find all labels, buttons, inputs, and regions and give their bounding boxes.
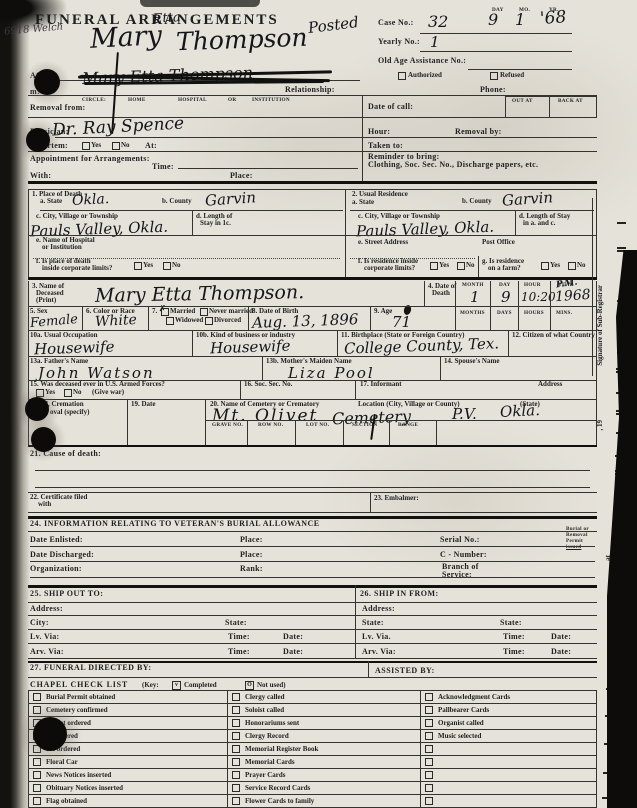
form-rule (28, 585, 597, 588)
s1-state-label: a. State (40, 198, 62, 206)
s1-limits-no-checkbox[interactable] (163, 262, 171, 270)
s24-header: 24. INFORMATION RELATING TO VETERAN'S BU… (30, 520, 320, 529)
checklist-row: Pallbearer Cards (425, 703, 593, 716)
days-col-label: DAYS (497, 311, 512, 317)
s26-lv-date-label: Date: (551, 633, 571, 642)
with-label: With: (30, 172, 51, 181)
form-rule (262, 356, 263, 380)
serial-no-label: Serial No.: (440, 536, 480, 545)
relationship-label: Relationship: (285, 86, 335, 95)
form-rule (345, 189, 346, 277)
s22-label2: with (38, 501, 51, 509)
back-at-label: BACK AT (558, 99, 583, 105)
form-rule (345, 235, 597, 236)
grave-no-label: GRAVE NO. (212, 423, 243, 429)
s7-never-married-checkbox[interactable] (200, 308, 208, 316)
form-rule (355, 380, 356, 399)
s4-label2: Death (432, 290, 450, 298)
form-rule (490, 281, 491, 330)
form-rule (515, 211, 516, 235)
s1-hospital-label2: or Institution (42, 244, 82, 252)
checklist-item-label: Burial Permit obtained (46, 693, 115, 701)
handwriting-posted: Posted (307, 13, 360, 37)
s4-hour-label: HOUR (524, 283, 541, 289)
form-rule (28, 703, 597, 704)
form-rule (28, 306, 597, 307)
checklist-row (425, 755, 593, 768)
s2-farm-no-label: No (577, 262, 586, 270)
checklist-row: Obituary Notices inserted (33, 781, 225, 794)
form-rule (28, 781, 597, 782)
checklist-checkbox[interactable] (425, 797, 433, 805)
s2-farm-no-checkbox[interactable] (568, 262, 576, 270)
checklist-checkbox[interactable] (425, 732, 433, 740)
form-rule (550, 281, 551, 330)
form-rule (28, 643, 597, 644)
checklist-checkbox[interactable] (232, 797, 240, 805)
s3-label3: (Print) (36, 297, 56, 305)
form-rule (248, 306, 249, 330)
checklist-checkbox[interactable] (232, 758, 240, 766)
form-rule (455, 281, 456, 330)
s19-label: 19. Date (131, 401, 156, 409)
s2-street-label: e. Street Address (358, 239, 408, 247)
authorized-checkbox[interactable] (398, 72, 406, 80)
s26-lv-via-label: Lv. Via. (362, 633, 391, 642)
checklist-checkbox[interactable] (232, 732, 240, 740)
checklist-checkbox[interactable] (232, 719, 240, 727)
post-mortem-no-label: No (121, 142, 130, 150)
s26-header: 26. SHIP IN FROM: (360, 590, 439, 599)
form-rule (596, 690, 597, 807)
s4-month-value: 1 (470, 288, 480, 306)
form-rule (28, 658, 597, 659)
s2-farm-yes-checkbox[interactable] (541, 262, 549, 270)
checklist-row: Memorial Register Book (232, 742, 418, 755)
form-rule (505, 96, 506, 117)
yr-value: '68 (539, 7, 567, 29)
discharged-place-label: Place: (240, 551, 263, 560)
c-number-label: C - Number: (440, 551, 487, 560)
form-rule (28, 716, 597, 717)
s25-address-label: Address: (30, 605, 63, 614)
case-no-label: Case No.: (378, 19, 414, 28)
form-rule (178, 168, 358, 169)
checklist-checkbox[interactable] (232, 771, 240, 779)
s25-city-label: City: (30, 619, 49, 628)
form-rule (35, 487, 590, 488)
s3-name-value: Mary Etta Thompson. (95, 281, 304, 307)
checklist-checkbox[interactable] (33, 771, 41, 779)
form-rule (337, 330, 338, 356)
form-rule (33, 258, 340, 259)
form-rule (227, 690, 228, 807)
s7-widowed-label: Widowed (175, 317, 203, 325)
form-rule (55, 137, 597, 138)
sub-registrar-signature-label: Signature of Sub-Registrar (596, 285, 604, 366)
checklist-row: News Notices inserted (33, 768, 225, 781)
checklist-row: Clergy called (232, 690, 418, 703)
day-value: 9 (488, 10, 498, 29)
s1-county-value: Garvin (204, 188, 256, 210)
form-rule (28, 768, 597, 769)
s26-arv-date-label: Date: (551, 648, 571, 657)
handwriting-name-first: Mary (89, 20, 162, 55)
form-rule (28, 677, 597, 678)
binding-mark (617, 222, 626, 224)
form-rule (350, 210, 594, 211)
case-no-value: 32 (428, 12, 448, 31)
oaa-label: Old Age Assistance No.: (378, 57, 466, 66)
form-rule (508, 330, 509, 356)
form-rule (420, 690, 421, 807)
row-no-label: ROW NO. (258, 423, 283, 429)
phone-label: Phone: (480, 86, 506, 95)
s15-no-label: No (73, 389, 82, 397)
form-rule (28, 235, 345, 236)
form-rule (28, 661, 597, 663)
form-rule (596, 281, 597, 445)
checklist-row: Flag obtained (33, 794, 225, 807)
form-rule (28, 690, 597, 691)
handwriting-name-last: Thompson (176, 23, 308, 57)
scan-smudge (140, 0, 260, 7)
s25-lv-date-label: Date: (283, 633, 303, 642)
s2-limits-no-label: No (466, 262, 475, 270)
form-rule (148, 306, 149, 330)
form-rule (596, 96, 597, 117)
form-rule (28, 516, 597, 519)
checklist-item-label: Organist called (438, 719, 484, 727)
s5-value: Female (29, 312, 78, 331)
form-rule (370, 306, 371, 330)
s25-arv-via-label: Arv. Via: (30, 648, 64, 657)
s6-value: White (95, 312, 138, 330)
funeral-arrangements-form: FUNERAL ARRANGEMENTS 6918 Welch Mary Ett… (0, 0, 637, 808)
checklist-row: Clergy Record (232, 729, 418, 742)
s25-state-label: State: (225, 619, 247, 628)
checklist-checkbox[interactable] (232, 693, 240, 701)
refused-label: Refused (500, 72, 524, 80)
s4-day-value: 9 (501, 288, 511, 306)
authorized-label: Authorized (408, 72, 442, 80)
reminder-items: Clothing, Soc. Sec. No., Discharge paper… (368, 161, 538, 170)
form-rule (28, 356, 597, 357)
checklist-item-label: Prayer Cards (245, 771, 286, 779)
form-rule (436, 420, 437, 445)
key-completed-checkbox: v (172, 681, 181, 690)
checklist-checkbox[interactable] (232, 706, 240, 714)
circle-label: CIRCLE: (82, 98, 106, 104)
removal-from-label: Removal from: (30, 104, 86, 113)
checklist-row (425, 768, 593, 781)
s20-state-value: Okla. (500, 401, 541, 421)
checklist-row: Organist called (425, 716, 593, 729)
form-rule (82, 306, 83, 330)
s7-never-married-label: Never married (209, 308, 253, 316)
s2-county-value: Garvin (501, 188, 553, 210)
s1-state-value: Okla. (72, 191, 110, 209)
months-col-label: MONTHS (460, 311, 485, 317)
s1-limits-no-label: No (172, 262, 181, 270)
form-rule (468, 69, 572, 70)
form-rule (205, 420, 596, 421)
form-rule (30, 546, 595, 547)
checklist-checkbox[interactable] (232, 784, 240, 792)
s2-limits-yes-label: Yes (439, 262, 449, 270)
checklist-item-label: Service Record Cards (245, 784, 310, 792)
s26-state-label1: State: (362, 619, 384, 628)
s2-farm-label2: on a farm? (488, 265, 521, 273)
removal-by-label: Removal by: (455, 128, 502, 137)
form-rule (478, 256, 479, 277)
s25-lv-time-label: Time: (228, 633, 250, 642)
checklist-checkbox[interactable] (425, 706, 433, 714)
checklist-item-label: Flower Cards to family (245, 797, 314, 805)
checklist-row: Music selected (425, 729, 593, 742)
checklist-row: Memorial Cards (232, 755, 418, 768)
organization-label: Organization: (30, 565, 82, 574)
form-rule (240, 380, 241, 399)
s26-state-label2: State: (500, 619, 522, 628)
checklist-checkbox[interactable] (425, 771, 433, 779)
checklist-checkbox[interactable] (33, 693, 41, 701)
form-rule (28, 189, 597, 190)
checklist-item-label: Clergy Record (245, 732, 289, 740)
s2-farm-yes-label: Yes (550, 262, 560, 270)
s7-widowed-checkbox[interactable] (166, 317, 174, 325)
checklist-item-label: News Notices inserted (46, 771, 111, 779)
lot-no-label: LOT NO. (306, 423, 329, 429)
form-rule (35, 470, 590, 471)
date-discharged-label: Date Discharged: (30, 551, 94, 560)
hole-punch (33, 717, 67, 751)
checklist-row: Service Record Cards (232, 781, 418, 794)
s10b-value: Housewife (210, 337, 291, 358)
form-rule (28, 512, 597, 513)
form-rule (420, 33, 572, 34)
checklist-row (425, 742, 593, 755)
s26-address-label: Address: (362, 605, 395, 614)
checklist-checkbox[interactable] (425, 745, 433, 753)
s15-no-checkbox[interactable] (64, 389, 72, 397)
place-label: Place: (230, 172, 253, 181)
s1-county-label: b. County (162, 198, 192, 206)
form-rule (549, 96, 550, 117)
s9-value: 71 (392, 313, 411, 331)
s27-header: 27. FUNERAL DIRECTED BY: (30, 664, 152, 673)
range-label: RANGE (398, 423, 418, 429)
post-mortem-yes-checkbox[interactable] (82, 142, 90, 150)
post-mortem-no-checkbox[interactable] (112, 142, 120, 150)
checklist-checkbox[interactable] (425, 758, 433, 766)
yearly-no-value: 1 (430, 33, 440, 51)
checklist-item-label: Memorial Register Book (245, 745, 318, 753)
yearly-no-label: Yearly No.: (378, 38, 420, 47)
s2-state-label: a. State (352, 199, 374, 207)
s1-length-label2: Stay in 1c. (200, 220, 231, 228)
s1-limits-yes-checkbox[interactable] (134, 262, 142, 270)
checklist-item-label: Acknowledgment Cards (438, 693, 510, 701)
form-rule (440, 356, 441, 380)
s7-married-label: Married (170, 308, 195, 316)
institution-label: INSTITUTION (252, 98, 290, 104)
assisted-by-label: ASSISTED BY: (375, 667, 435, 676)
form-rule (192, 330, 193, 356)
form-rule (247, 420, 248, 445)
checklist-item-label: Clergy called (245, 693, 284, 701)
key-not-used-checkbox: O (245, 681, 254, 690)
form-rule (389, 420, 390, 445)
chapel-checklist-header: CHAPEL CHECK LIST (30, 681, 128, 690)
s9-label: 9. Age (374, 308, 392, 316)
s23-label: 23. Embalmer: (374, 495, 419, 503)
key-open-label: (Key: (142, 682, 159, 690)
form-rule (370, 492, 371, 512)
at-label: At: (145, 142, 157, 151)
s26-arv-via-label: Arv. Via: (362, 648, 396, 657)
s7-number: 7. (152, 308, 157, 316)
s2-post-office-label: Post Office (482, 239, 515, 247)
checklist-item-label: Honorariums sent (245, 719, 299, 727)
form-rule (28, 729, 597, 730)
form-rule (596, 189, 597, 277)
form-rule (28, 181, 597, 184)
hole-punch (25, 397, 49, 421)
s25-lv-via-label: Lv. Via: (30, 633, 60, 642)
form-rule (28, 755, 597, 756)
form-rule (30, 561, 595, 562)
checklist-checkbox[interactable] (425, 719, 433, 727)
hour-label: Hour: (368, 128, 390, 137)
refused-checkbox[interactable] (490, 72, 498, 80)
form-rule (28, 794, 597, 795)
s14-label: 14. Spouse's Name (444, 358, 499, 366)
checklist-row: Acknowledgment Cards (425, 690, 593, 703)
s2-county-label: b. County (462, 198, 492, 206)
s26-lv-time-label: Time: (503, 633, 525, 642)
form-rule (592, 198, 593, 376)
rank-label: Rank: (240, 565, 263, 574)
form-rule (28, 629, 597, 630)
key-not-used-label: Not used) (257, 682, 286, 690)
post-mortem-yes-label: Yes (91, 142, 101, 150)
checklist-row: Honorariums sent (232, 716, 418, 729)
form-rule (28, 380, 597, 381)
s8-value: Aug. 13, 1896 (252, 310, 359, 332)
checklist-item-label: Soloist called (245, 706, 284, 714)
form-rule (295, 420, 296, 445)
form-rule (28, 151, 597, 152)
checklist-row (425, 781, 593, 794)
s17-label: 17. Informant (360, 381, 402, 389)
s16-label: 16. Soc. Sec. No. (244, 381, 292, 389)
checklist-checkbox[interactable] (232, 745, 240, 753)
checklist-item-label: Music selected (438, 732, 481, 740)
s7-divorced-checkbox[interactable] (205, 317, 213, 325)
form-rule (28, 330, 597, 331)
form-rule (362, 151, 363, 181)
or-label: OR (228, 98, 236, 104)
s2-limits-label2: corporate limits? (364, 265, 415, 273)
form-rule (355, 585, 356, 658)
enlisted-place-label: Place: (240, 536, 263, 545)
hole-punch (26, 128, 50, 152)
mo-value: 1 (515, 10, 525, 29)
checklist-row: Burial Permit obtained (33, 690, 225, 703)
scan-right-edge (607, 250, 637, 808)
form-rule (28, 615, 597, 616)
checklist-row: Prayer Cards (232, 768, 418, 781)
sub-registrar-year-label: , 19 (596, 420, 604, 431)
s15-give-war-label: (Give war) (92, 389, 124, 397)
form-rule (28, 602, 597, 603)
form-rule (368, 661, 369, 677)
form-rule (343, 420, 344, 445)
checklist-item-label: Flag obtained (46, 797, 87, 805)
s2-length-label2: in a. and c. (523, 220, 555, 228)
form-rule (205, 399, 206, 445)
taken-to-label: Taken to: (368, 142, 403, 151)
form-rule (28, 277, 597, 280)
s26-arv-time-label: Time: (503, 648, 525, 657)
s2-limits-yes-checkbox[interactable] (430, 262, 438, 270)
checklist-checkbox[interactable] (33, 784, 41, 792)
form-rule (420, 51, 572, 52)
checklist-row: Flower Cards to family (232, 794, 418, 807)
checklist-checkbox[interactable] (425, 693, 433, 701)
s1-limits-yes-label: Yes (143, 262, 153, 270)
checklist-item-label: Pallbearer Cards (438, 706, 489, 714)
checklist-column-2: Clergy calledSoloist calledHonorariums s… (232, 690, 418, 807)
form-rule (28, 742, 597, 743)
hours-col-label: HOURS (524, 311, 544, 317)
hole-punch (31, 427, 56, 452)
s12-label: 12. Citizen of what Country (512, 332, 595, 340)
s25-header: 25. SHIP OUT TO: (30, 590, 103, 599)
s25-arv-date-label: Date: (283, 648, 303, 657)
binding-mark (617, 247, 626, 249)
checklist-row: Soloist called (232, 703, 418, 716)
form-rule (362, 96, 363, 151)
handwriting-name-middle: Etta (153, 10, 182, 27)
checklist-checkbox[interactable] (425, 784, 433, 792)
checklist-item-label: Memorial Cards (245, 758, 295, 766)
s7-divorced-label: Divorced (214, 317, 241, 325)
out-at-label: OUT AT (512, 99, 533, 105)
key-completed-label: Completed (184, 682, 217, 690)
home-label: HOME (128, 98, 146, 104)
hole-punch (34, 69, 60, 95)
date-of-call-label: Date of call: (368, 103, 413, 112)
checklist-checkbox[interactable] (33, 797, 41, 805)
time-label: Time: (152, 163, 174, 172)
checklist-column-3: Acknowledgment CardsPallbearer CardsOrga… (425, 690, 593, 807)
form-rule (518, 281, 519, 330)
form-rule (28, 445, 597, 447)
form-rule (127, 399, 128, 445)
form-rule (28, 531, 597, 532)
branch-label2: Service: (442, 571, 472, 580)
s1-limits-label2: inside corporate limits? (42, 265, 112, 273)
checklist-item-label: Obituary Notices inserted (46, 784, 123, 792)
hospital-label: HOSPITAL (178, 98, 207, 104)
s2-limits-no-checkbox[interactable] (457, 262, 465, 270)
date-enlisted-label: Date Enlisted: (30, 536, 83, 545)
form-rule (28, 399, 597, 400)
form-rule (28, 492, 597, 493)
form-rule (30, 577, 595, 578)
